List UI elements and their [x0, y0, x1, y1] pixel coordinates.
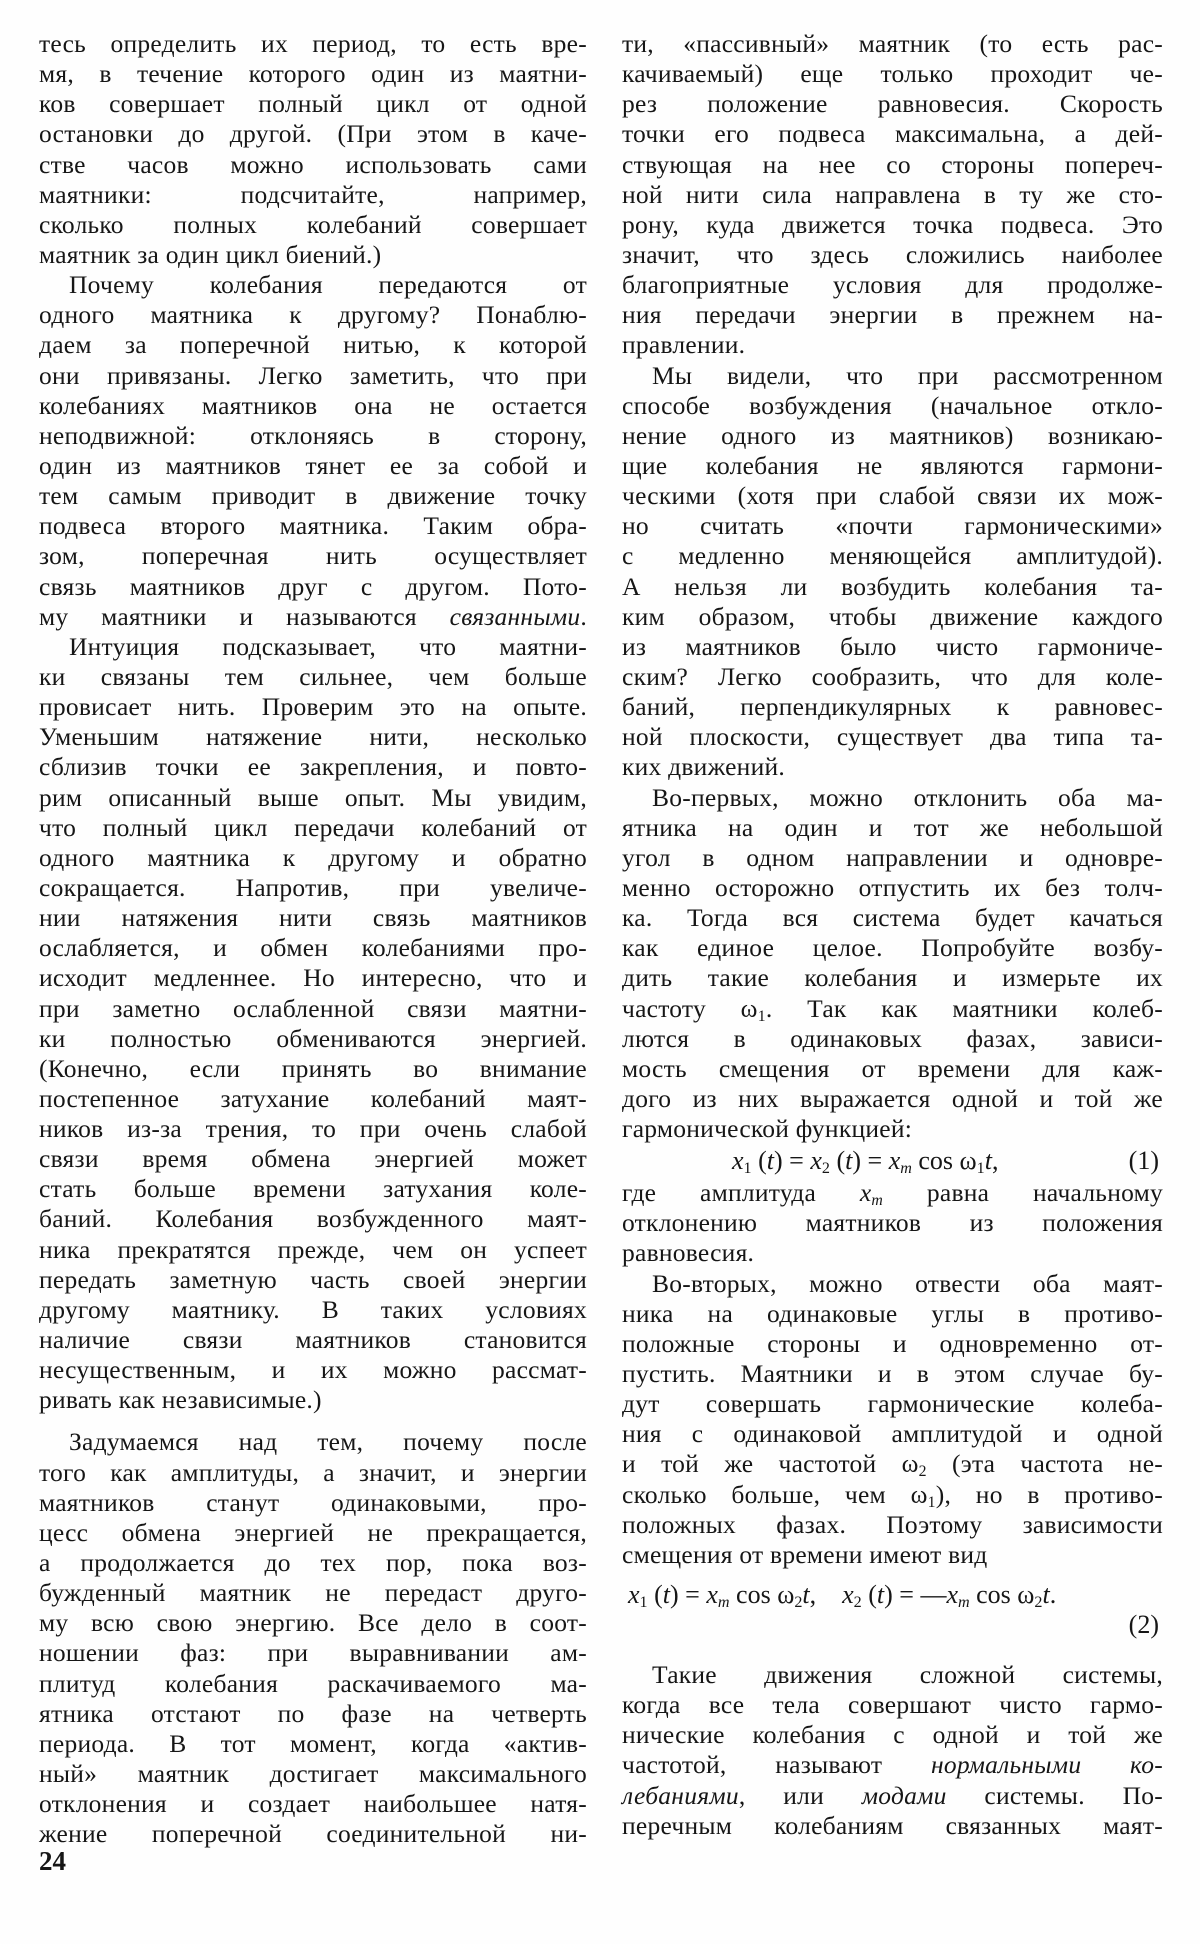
text-line: отклонению маятников из положения — [622, 1208, 1163, 1238]
text-line: одного маятника к другому и обратно — [39, 843, 587, 873]
text-line: точки его подвеса максимальна, а дей- — [622, 119, 1163, 149]
equation-2-expression: x1 (t) = xm cos ω2t, x2 (t) = —xm cos ω2… — [628, 1580, 1056, 1610]
equation-2-number-row: (2) — [622, 1610, 1163, 1640]
text-line: рим описанный выше опыт. Мы увидим, — [39, 783, 587, 813]
text-line: положные стороны и одновременно от- — [622, 1329, 1163, 1359]
text-line: му всю свою энергию. Все дело в соот- — [39, 1608, 587, 1638]
text-line: ния с одинаковой амплитудой и одной — [622, 1419, 1163, 1449]
text-line: стать больше времени затухания коле- — [39, 1174, 587, 1204]
text-line: ких движений. — [622, 752, 1163, 782]
text-line: ским? Легко сообразить, что для коле- — [622, 662, 1163, 692]
text-line: Во-вторых, можно отвести оба маят- — [622, 1269, 1163, 1299]
text-line: зом, поперечная нить осуществляет — [39, 541, 587, 571]
text-line: ким образом, чтобы движение каждого — [622, 602, 1163, 632]
text-line: гармонической функцией: — [622, 1114, 1163, 1144]
text-line: частотой, называют нормальными ко- — [622, 1750, 1163, 1780]
emphasized-term: нормальными ко- — [931, 1750, 1163, 1779]
text-line: несущественным, и их можно рассмат- — [39, 1355, 587, 1385]
text-line: ослабляется, и обмен колебаниями про- — [39, 933, 587, 963]
text-line: того как амплитуды, а значит, и энергии — [39, 1458, 587, 1488]
text-line: при заметно ослабленной связи маятни- — [39, 994, 587, 1024]
text-line: одного маятника к другому? Понаблю- — [39, 300, 587, 330]
text-line: плитуд колебания раскачиваемого ма- — [39, 1669, 587, 1699]
emphasized-term: связанными — [450, 602, 581, 631]
right-column-part-1: ти, «пассивный» маятник (то есть рас-кач… — [622, 29, 1163, 1144]
text-line: сокращается. Напротив, при увеличе- — [39, 873, 587, 903]
page-number: 24 — [39, 1846, 66, 1877]
text-line: благоприятные условия для продолже- — [622, 270, 1163, 300]
text-line: ния передачи энергии в прежнем на- — [622, 300, 1163, 330]
text-line: тем самым приводит в движение точку — [39, 481, 587, 511]
text-line: баний. Колебания возбужденного маят- — [39, 1204, 587, 1234]
text-line: отклонения и создает наибольшее натя- — [39, 1789, 587, 1819]
text-line: наличие связи маятников становится — [39, 1325, 587, 1355]
text-line: связь маятников друг с другом. Пото- — [39, 572, 587, 602]
text-line: Интуиция подсказывает, что маятни- — [39, 632, 587, 662]
text-line: положных фазах. Поэтому зависимости — [622, 1510, 1163, 1540]
text-line: маятников станут одинаковыми, про- — [39, 1488, 587, 1518]
text-line: стве часов можно использовать сами — [39, 150, 587, 180]
text-line: остановки до другой. (При этом в каче- — [39, 119, 587, 149]
text-line: что полный цикл передачи колебаний от — [39, 813, 587, 843]
text-line: ти, «пассивный» маятник (то есть рас- — [622, 29, 1163, 59]
text-line: ствующая на нее со стороны попереч- — [622, 150, 1163, 180]
text-line: периода. В тот момент, когда «актив- — [39, 1729, 587, 1759]
text-line: (Конечно, если принять во внимание — [39, 1054, 587, 1084]
text-line: исходит медленнее. Но интересно, что и — [39, 963, 587, 993]
text-line: сколько больше, чем ω1), но в противо- — [622, 1480, 1163, 1510]
text-line: ятника на один и тот же небольшой — [622, 813, 1163, 843]
left-column: тесь определить их период, то есть вре-м… — [39, 29, 587, 1849]
text-line: пустить. Маятники и в этом случае бу- — [622, 1359, 1163, 1389]
right-column-part-2: где амплитуда xm равна начальномуотклоне… — [622, 1178, 1163, 1570]
text-line: лебаниями, или модами системы. По- — [622, 1781, 1163, 1811]
text-line: подвеса второго маятника. Таким обра- — [39, 511, 587, 541]
text-line: цесс обмена энергией не прекращается, — [39, 1518, 587, 1548]
text-line: ника на одинаковые углы в противо- — [622, 1299, 1163, 1329]
text-line: правлении. — [622, 330, 1163, 360]
text-line: способе возбуждения (начальное откло- — [622, 391, 1163, 421]
text-line: мость смещения от времени для каж- — [622, 1054, 1163, 1084]
text-line: маятник за один цикл биений.) — [39, 240, 587, 270]
equation-2-number: (2) — [1129, 1610, 1159, 1640]
text-line: жение поперечной соединительной ни- — [39, 1819, 587, 1849]
text-line: провисает нить. Проверим это на опыте. — [39, 692, 587, 722]
text-line: дить такие колебания и измерьте их — [622, 963, 1163, 993]
text-line: ривать как независимые.) — [39, 1385, 587, 1415]
text-line: из маятников было чисто гармониче- — [622, 632, 1163, 662]
text-line: баний, перпендикулярных к равновес- — [622, 692, 1163, 722]
text-line: постепенное затухание колебаний маят- — [39, 1084, 587, 1114]
text-line: щие колебания не являются гармони- — [622, 451, 1163, 481]
emphasized-term: лебаниями — [622, 1781, 739, 1810]
text-line: колебаниях маятников она не остается — [39, 391, 587, 421]
text-line: угол в одном направлении и одновре- — [622, 843, 1163, 873]
text-line: другому маятнику. В таких условиях — [39, 1295, 587, 1325]
text-line: как единое целое. Попробуйте возбу- — [622, 933, 1163, 963]
equation-1-expression: x1 (t) = x2 (t) = xm cos ω1t, — [732, 1144, 998, 1178]
text-line: ческими (хотя при слабой связи их мож- — [622, 481, 1163, 511]
equation-1-number: (1) — [1129, 1144, 1159, 1178]
text-line: ника прекратятся прежде, чем он успеет — [39, 1235, 587, 1265]
text-line: но считать «почти гармоническими» — [622, 511, 1163, 541]
text-line: Задумаемся над тем, почему после — [39, 1427, 587, 1457]
text-line: значит, что здесь сложились наиболее — [622, 240, 1163, 270]
text-line: тесь определить их период, то есть вре- — [39, 29, 587, 59]
text-line: ки полностью обмениваются энергией. — [39, 1024, 587, 1054]
text-line: маятники: подсчитайте, например, — [39, 180, 587, 210]
text-line: Мы видели, что при рассмотренном — [622, 361, 1163, 391]
text-line: рону, куда движется точка подвеса. Это — [622, 210, 1163, 240]
text-line: перечным колебаниям связанных маят- — [622, 1811, 1163, 1841]
emphasized-term: модами — [862, 1781, 947, 1810]
book-page: тесь определить их период, то есть вре-м… — [0, 0, 1200, 1944]
text-line: даем за поперечной нитью, к которой — [39, 330, 587, 360]
text-line: сколько полных колебаний совершает — [39, 210, 587, 240]
text-line: дут совершать гармонические колеба- — [622, 1389, 1163, 1419]
text-line: а продолжается до тех пор, пока воз- — [39, 1548, 587, 1578]
text-line: связи время обмена энергией может — [39, 1144, 587, 1174]
text-line: смещения от времени имеют вид — [622, 1540, 1163, 1570]
right-column: ти, «пассивный» маятник (то есть рас-кач… — [622, 29, 1163, 1841]
text-line: ной нити сила направлена в ту же сто- — [622, 180, 1163, 210]
text-line: лются в одинаковых фазах, зависи- — [622, 1024, 1163, 1054]
paragraph-gap — [39, 1415, 587, 1427]
equation-1: x1 (t) = x2 (t) = xm cos ω1t, (1) — [622, 1144, 1163, 1178]
text-line: ков совершает полный цикл от одной — [39, 89, 587, 119]
text-line: они привязаны. Легко заметить, что при — [39, 361, 587, 391]
equation-2: x1 (t) = xm cos ω2t, x2 (t) = —xm cos ω2… — [622, 1580, 1163, 1610]
text-line: ка. Тогда вся система будет качаться — [622, 903, 1163, 933]
text-line: ношении фаз: при выравнивании ам- — [39, 1638, 587, 1668]
text-line: нии натяжения нити связь маятников — [39, 903, 587, 933]
text-line: качиваемый) еще только проходит че- — [622, 59, 1163, 89]
text-line: ной плоскости, существует два типа та- — [622, 722, 1163, 752]
text-line: передать заметную часть своей энергии — [39, 1265, 587, 1295]
text-line: Уменьшим натяжение нити, несколько — [39, 722, 587, 752]
text-line: ный» маятник достигает максимального — [39, 1759, 587, 1789]
text-line: менно осторожно отпустить их без толч- — [622, 873, 1163, 903]
text-line: му маятники и называются связанными. — [39, 602, 587, 632]
text-line: ятника отстают по фазе на четверть — [39, 1699, 587, 1729]
text-line: Такие движения сложной системы, — [622, 1660, 1163, 1690]
text-line: А нельзя ли возбудить колебания та- — [622, 572, 1163, 602]
text-line: равновесия. — [622, 1238, 1163, 1268]
text-line: Почему колебания передаются от — [39, 270, 587, 300]
text-line: мя, в течение которого один из маятни- — [39, 59, 587, 89]
right-column-part-3: Такие движения сложной системы,когда все… — [622, 1660, 1163, 1841]
text-line: неподвижной: отклоняясь в сторону, — [39, 421, 587, 451]
text-line: и той же частотой ω2 (эта частота не- — [622, 1449, 1163, 1479]
text-line: ников из-за трения, то при очень слабой — [39, 1114, 587, 1144]
text-line: один из маятников тянет ее за собой и — [39, 451, 587, 481]
text-line: рез положение равновесия. Скорость — [622, 89, 1163, 119]
text-line: где амплитуда xm равна начальному — [622, 1178, 1163, 1208]
text-line: бужденный маятник не передаст друго- — [39, 1578, 587, 1608]
text-line: дого из них выражается одной и той же — [622, 1084, 1163, 1114]
text-line: нение одного из маятников) возникаю- — [622, 421, 1163, 451]
text-line: Во-первых, можно отклонить оба ма- — [622, 783, 1163, 813]
text-line: с медленно меняющейся амплитудой). — [622, 541, 1163, 571]
text-line: нические колебания с одной и той же — [622, 1720, 1163, 1750]
text-line: частоту ω1. Так как маятники колеб- — [622, 994, 1163, 1024]
text-line: ки связаны тем сильнее, чем больше — [39, 662, 587, 692]
text-line: когда все тела совершают чисто гармо- — [622, 1690, 1163, 1720]
text-line: сблизив точки ее закрепления, и повто- — [39, 752, 587, 782]
